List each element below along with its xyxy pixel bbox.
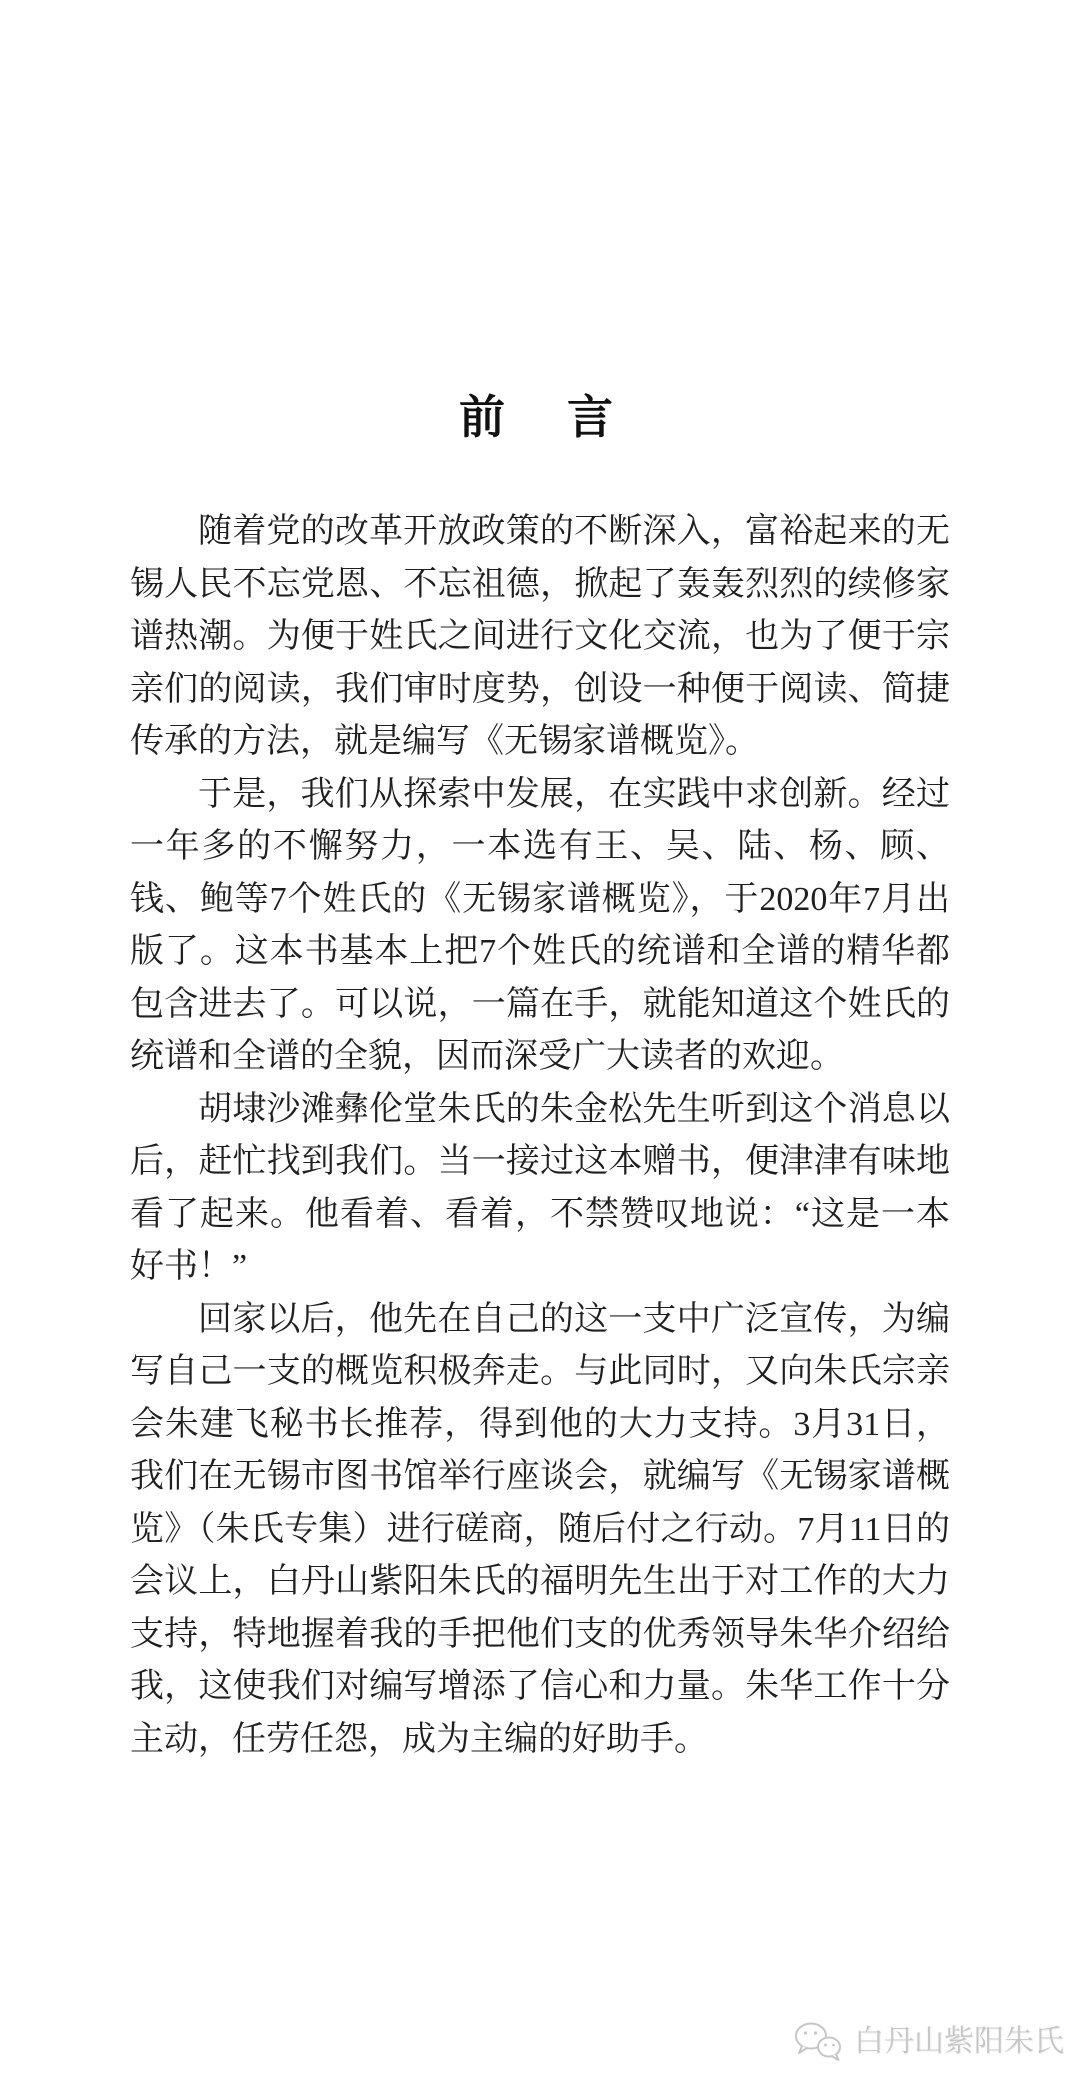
paragraph: 胡埭沙滩彝伦堂朱氏的朱金松先生听到这个消息以后，赶忙找到我们。当一接过这本赠书，… (130, 1084, 950, 1294)
document-body: 随着党的改革开放政策的不断深入，富裕起来的无锡人民不忘党恩、不忘祖德，掀起了轰轰… (130, 506, 950, 1766)
paragraph: 回家以后，他先在自己的这一支中广泛宣传，为编写自己一支的概览积极奔走。与此同时，… (130, 1294, 950, 1767)
paragraph: 于是，我们从探索中发展，在实践中求创新。经过一年多的不懈努力，一本选有王、吴、陆… (130, 769, 950, 1084)
watermark: 白丹山紫阳朱氏 (792, 2018, 1064, 2066)
wechat-icon (792, 2020, 844, 2064)
page-title: 前 言 (0, 0, 1080, 442)
paragraph: 随着党的改革开放政策的不断深入，富裕起来的无锡人民不忘党恩、不忘祖德，掀起了轰轰… (130, 506, 950, 769)
document-page: 前 言 随着党的改革开放政策的不断深入，富裕起来的无锡人民不忘党恩、不忘祖德，掀… (0, 0, 1080, 2094)
watermark-label: 白丹山紫阳朱氏 (854, 2018, 1064, 2066)
